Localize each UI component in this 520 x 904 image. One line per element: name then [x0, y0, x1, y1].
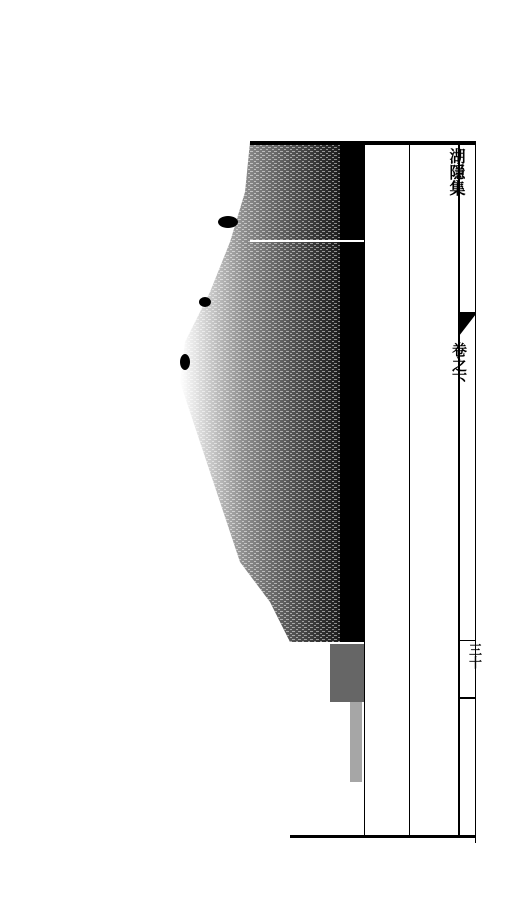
juan-label: 卷之下 — [459, 342, 476, 387]
page-number-box: 三十 — [459, 640, 476, 699]
frame-bottom-border — [290, 835, 476, 838]
page-number: 三十 — [460, 643, 486, 669]
column-rule — [364, 143, 365, 836]
fishtail-icon — [459, 314, 476, 336]
column-rule — [409, 143, 410, 836]
dark-scan-edge — [160, 142, 365, 842]
banxin-center-column: 湖隱集 卷之下 三十 — [459, 146, 476, 836]
book-title: 湖隱集 — [459, 148, 476, 196]
frame-top-border — [250, 141, 476, 145]
scanned-page: 湖隱集 卷之下 三十 — [0, 0, 520, 904]
